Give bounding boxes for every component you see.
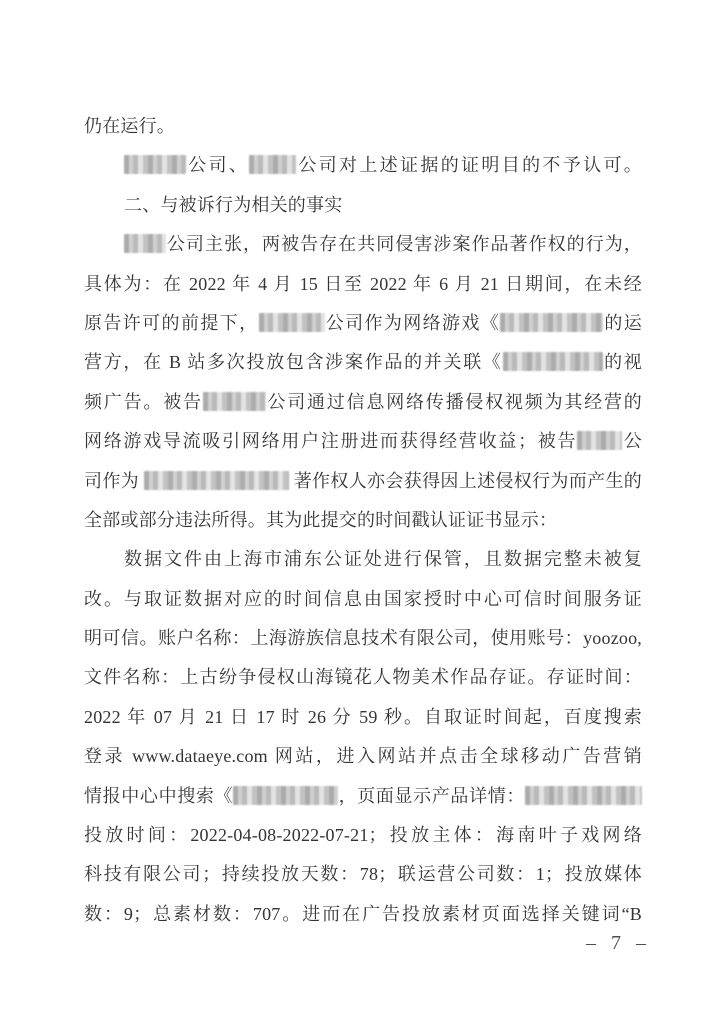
document-line: 2022 年 07 月 21 日 17 时 26 分 59 秒。自取证时间起，百… xyxy=(84,698,642,737)
document-line: 二、与被诉行为相关的事实 xyxy=(84,186,642,225)
document-line: 具体为：在 2022 年 4 月 15 日至 2022 年 6 月 21 日期间… xyxy=(84,265,642,304)
text-run: 原告许可的前提下， xyxy=(84,313,259,333)
text-run: 的运 xyxy=(603,313,642,333)
text-run: 投放时间：2022-04-08-2022-07-21；投放主体：海南叶子戏网络 xyxy=(84,825,642,845)
document-line: 仍在运行。 xyxy=(84,107,642,146)
redacted-text xyxy=(144,471,289,490)
text-run: 公司对上述证据的证明目的不予认可。 xyxy=(296,155,642,175)
redacted-text xyxy=(577,431,622,450)
text-run: 数据文件由上海市浦东公证处进行保管，且数据完整未被复 xyxy=(124,549,642,569)
page-number: – 7 – xyxy=(586,932,651,955)
document-line: 情报中心中搜索《，页面显示产品详情： xyxy=(84,777,642,816)
document-line: 原告许可的前提下，公司作为网络游戏《的运 xyxy=(84,304,642,343)
redacted-text xyxy=(500,313,603,332)
document-line: 营方，在 B 站多次投放包含涉案作品的并关联《的视 xyxy=(84,343,642,382)
text-run: 二、与被诉行为相关的事实 xyxy=(124,195,342,215)
document-line: 司作为 著作权人亦会获得因上述侵权行为而产生的 xyxy=(84,462,642,501)
redacted-text xyxy=(259,313,325,332)
text-run: 明可信。账户名称：上海游族信息技术有限公司，使用账号：yoozoo, xyxy=(84,628,642,648)
text-run: 公 xyxy=(622,431,642,451)
document-page: 仍在运行。公司、公司对上述证据的证明目的不予认可。二、与被诉行为相关的事实公司主… xyxy=(0,0,724,1024)
document-line: 网络游戏导流吸引网络用户注册进而获得经营收益；被告公 xyxy=(84,422,642,461)
document-line: 科技有限公司；持续投放天数：78；联运营公司数：1；投放媒体 xyxy=(84,855,642,894)
text-run: 营方，在 B 站多次投放包含涉案作品的并关联《 xyxy=(84,352,503,372)
document-line: 改。与取证数据对应的时间信息由国家授时中心可信时间服务证 xyxy=(84,580,642,619)
text-run: 科技有限公司；持续投放天数：78；联运营公司数：1；投放媒体 xyxy=(84,864,642,884)
document-line: 投放时间：2022-04-08-2022-07-21；投放主体：海南叶子戏网络 xyxy=(84,816,642,855)
text-run: 公司作为网络游戏《 xyxy=(325,313,501,333)
document-line: 公司、公司对上述证据的证明目的不予认可。 xyxy=(84,146,642,185)
document-line: 公司主张，两被告存在共同侵害涉案作品著作权的行为， xyxy=(84,225,642,264)
text-run: 改。与取证数据对应的时间信息由国家授时中心可信时间服务证 xyxy=(84,589,642,609)
text-run: 公司通过信息网络传播侵权视频为其经营的 xyxy=(266,392,642,412)
document-line: 文件名称：上古纷争侵权山海镜花人物美术作品存证。存证时间： xyxy=(84,658,642,697)
text-run: 公司主张，两被告存在共同侵害涉案作品著作权的行为， xyxy=(166,234,642,254)
document-line: 全部或部分违法所得。其为此提交的时间戳认证证书显示： xyxy=(84,501,642,540)
document-line: 数据文件由上海市浦东公证处进行保管，且数据完整未被复 xyxy=(84,540,642,579)
document-line: 数：9；总素材数：707。进而在广告投放素材页面选择关键词“B xyxy=(84,895,642,934)
text-run: 司作为 xyxy=(84,471,144,491)
text-run: 全部或部分违法所得。其为此提交的时间戳认证证书显示： xyxy=(84,510,557,530)
document-line: 登录 www.dataeye.com 网站，进入网站并点击全球移动广告营销 xyxy=(84,737,642,776)
document-line: 明可信。账户名称：上海游族信息技术有限公司，使用账号：yoozoo, xyxy=(84,619,642,658)
text-run: 2022 年 07 月 21 日 17 时 26 分 59 秒。自取证时间起，百… xyxy=(84,707,642,727)
redacted-text xyxy=(124,155,186,174)
text-run: 的视 xyxy=(603,352,642,372)
redacted-text xyxy=(249,155,296,174)
redacted-text xyxy=(203,392,266,411)
text-run: 情报中心中搜索《 xyxy=(84,786,233,806)
text-run: 频广告。被告 xyxy=(84,392,203,412)
text-run: 具体为：在 2022 年 4 月 15 日至 2022 年 6 月 21 日期间… xyxy=(84,274,642,294)
redacted-text xyxy=(233,786,338,805)
document-body: 仍在运行。公司、公司对上述证据的证明目的不予认可。二、与被诉行为相关的事实公司主… xyxy=(84,107,642,934)
text-run: 登录 www.dataeye.com 网站，进入网站并点击全球移动广告营销 xyxy=(84,746,642,766)
document-line: 频广告。被告公司通过信息网络传播侵权视频为其经营的 xyxy=(84,383,642,422)
text-run: 数：9；总素材数：707。进而在广告投放素材页面选择关键词“B xyxy=(84,904,642,924)
text-run: 仍在运行。 xyxy=(84,116,175,136)
text-run: 文件名称：上古纷争侵权山海镜花人物美术作品存证。存证时间： xyxy=(84,667,642,687)
redacted-text xyxy=(503,352,603,371)
redacted-text xyxy=(525,786,642,805)
text-run: 公司、 xyxy=(186,155,249,175)
text-run: ，页面显示产品详情： xyxy=(338,786,525,806)
text-run: 著作权人亦会获得因上述侵权行为而产生的 xyxy=(289,471,642,491)
redacted-text xyxy=(124,234,166,253)
text-run: 网络游戏导流吸引网络用户注册进而获得经营收益；被告 xyxy=(84,431,577,451)
